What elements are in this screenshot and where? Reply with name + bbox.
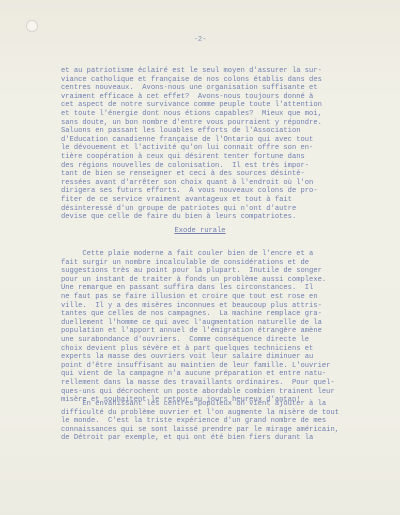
text-line: une surabondance d'ouvriers. Comme consé… (61, 336, 391, 345)
text-line: pour un instant de traiter à fonds un pr… (61, 276, 391, 285)
section-heading-text: Exode rurale (174, 227, 225, 235)
text-line: cet aspect de notre survivance comme peu… (61, 101, 391, 110)
text-line: vraiment efficace à cet effet? Avons-nou… (61, 93, 391, 102)
text-line: d'Education canadienne française de l'On… (61, 136, 391, 145)
text-line: tant de bien se renseigner et ceci à des… (61, 170, 391, 179)
text-line: de Détroit par exemple, et qui ont été b… (61, 434, 391, 443)
text-line: duellement l'homme ce qui avec l'augment… (61, 319, 391, 328)
page-number: -2- (0, 36, 400, 44)
text-line: le monde. C'est la triste expérience d'u… (61, 417, 391, 426)
text-line: rellement dans la masse des travaillants… (61, 379, 391, 388)
typewritten-page: -2- et au patriotisme éclairé est le seu… (0, 0, 400, 515)
text-line: des régions nouvelles de colonisation. I… (61, 162, 391, 171)
text-line: désinteressé d'un groupe de patriotes qu… (61, 205, 391, 214)
text-line: ville. Il y a des misères inconnues et b… (61, 302, 391, 311)
text-line: suggestions très au point pour la plupar… (61, 267, 391, 276)
text-line: difficulté du problème ouvrier et l'on a… (61, 409, 391, 418)
text-line: fiter de ce service vraiment avantageux … (61, 196, 391, 205)
text-line: ressées avant d'arrêter son choix quant … (61, 179, 391, 188)
text-line: viance catholique et française de nos co… (61, 76, 391, 85)
text-line: qui vient de la campagne n'a aucune prép… (61, 370, 391, 379)
text-line: Une remarque en passant suffira dans les… (61, 284, 391, 293)
text-line: devise que celle de faire du bien à leur… (61, 213, 391, 222)
text-line: fait surgir un nombre incalculable de co… (61, 259, 391, 268)
punch-hole-mark (26, 20, 38, 32)
text-line: et au patriotisme éclairé est le seul mo… (61, 67, 391, 76)
paragraph-3: En envahissant les centres populeux on v… (61, 400, 391, 443)
text-line: dirigera ses futurs efforts. A vous nouv… (61, 187, 391, 196)
text-line: Cette plaie moderne a fait couler bien d… (61, 250, 391, 259)
text-line: ques-uns qui décrochent un poste abordab… (61, 388, 391, 397)
text-line: connaissances qui se sont laissé prendre… (61, 426, 391, 435)
paragraph-1: et au patriotisme éclairé est le seul mo… (61, 67, 391, 222)
text-line: tantes que celles de nos campagnes. La m… (61, 310, 391, 319)
text-line: le dévouement et l'activité qu'on lui co… (61, 144, 391, 153)
text-line: et toute l'énergie dont nous étions capa… (61, 110, 391, 119)
paragraph-2: Cette plaie moderne a fait couler bien d… (61, 250, 391, 405)
text-line: sans doute, un bon nombre d'entre vous p… (61, 119, 391, 128)
section-heading: Exode rurale (0, 227, 400, 235)
text-line: tière coopération à ceux qui désirent te… (61, 153, 391, 162)
text-line: population et l'apport annuel de l'émigr… (61, 327, 391, 336)
text-line: centres nouveaux. Avons-nous une organis… (61, 84, 391, 93)
text-line: ne faut pas se faire illusion et croire … (61, 293, 391, 302)
text-line: Saluons en passant les louables efforts … (61, 127, 391, 136)
text-line: choix devient plus sévère et à part quel… (61, 345, 391, 354)
text-line: point d'être insuffisant au maintien de … (61, 362, 391, 371)
text-line: En envahissant les centres populeux on v… (61, 400, 391, 409)
text-line: experts la masse des ouvriers voit leur … (61, 353, 391, 362)
